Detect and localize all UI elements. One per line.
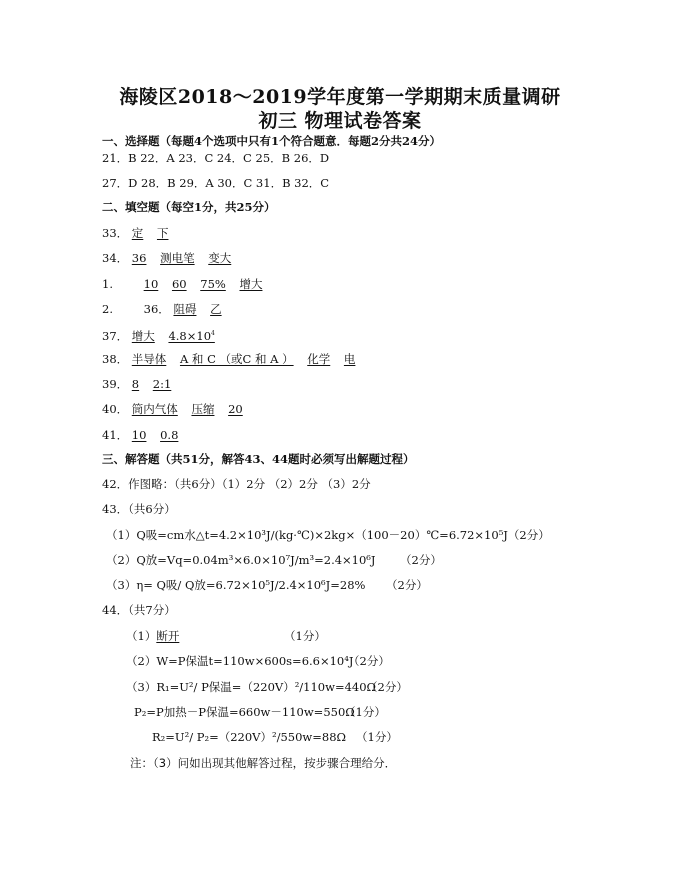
q43-part3: （3）η= Q吸/ Q放=6.72×10⁵J/2.4×10⁶J=28%: [106, 578, 365, 592]
answer: 定: [132, 226, 144, 240]
fill-item-33: 33． 定 下: [102, 226, 178, 240]
grading-note: 注：（3）问如出现其他解答过程，按步骤合理给分．: [130, 756, 396, 770]
q44-part4: P₂=P加热－P保温=660w－110w=550Ω: [134, 705, 355, 719]
item-number: 38．: [102, 352, 128, 366]
answer: 下: [157, 226, 169, 240]
fill-item-34: 34． 36 测电笔 变大: [102, 251, 241, 265]
answer: 10: [132, 428, 147, 442]
item-number: 1.: [102, 277, 140, 291]
q44-part4-score: （1分）: [344, 705, 386, 719]
title-line-1: 海陵区2018～2019学年度第一学期期末质量调研: [0, 82, 680, 109]
answer: 乙: [210, 302, 222, 316]
answer: 4.8×104: [168, 327, 214, 343]
answer: A 和 C （或C 和 A ）: [180, 352, 294, 366]
fill-item-38: 38． 半导体 A 和 C （或C 和 A ） 化学 电: [102, 352, 365, 366]
fill-item-39: 39． 8 2:1: [102, 377, 181, 391]
fill-item-41: 41． 10 0.8: [102, 428, 188, 442]
answer: 增大: [132, 329, 155, 343]
q44-part3-score: （2分）: [366, 680, 408, 694]
section3-heading: 三、解答题（共51分，解答43、44题时必须写出解题过程）: [102, 452, 415, 466]
question-42: 42．作图略：（共6分）（1）2分 （2）2分 （3）2分: [102, 477, 371, 491]
item-number: 34．: [102, 251, 128, 265]
answer: 变大: [208, 251, 231, 265]
question-43-header: 43．（共6分）: [102, 502, 176, 516]
answer: 化学: [307, 352, 330, 366]
answer: 20: [228, 402, 243, 416]
answer: 阻碍: [173, 302, 196, 316]
q44-part5-score: （1分）: [356, 730, 398, 744]
answer: 测电笔: [160, 251, 195, 265]
fill-item-40: 40． 筒内气体 压缩 20: [102, 402, 253, 416]
q44-part2-score: （2分）: [348, 654, 390, 668]
item-number: 41．: [102, 428, 128, 442]
answer: 8: [132, 377, 139, 391]
answer: 2:1: [153, 377, 172, 391]
answer: 60: [172, 277, 187, 291]
q44-part5: R₂=U²/ P₂=（220V）²/550w=88Ω: [152, 730, 346, 744]
choice-answers-row2: 27．D 28．B 29．A 30．C 31．B 32．C: [102, 176, 329, 190]
q43-part2: （2）Q放=Vq=0.04m³×6.0×10⁷J/m³=2.4×10⁶J: [106, 553, 376, 567]
item-number: 40．: [102, 402, 128, 416]
q44-part2: （2）W=P保温t=110w×600s=6.6×10⁴J: [126, 654, 353, 668]
section2-heading: 二、填空题（每空1分，共25分）: [102, 200, 276, 214]
answer: 电: [344, 352, 356, 366]
q43-part3-score: （2分）: [386, 578, 428, 592]
answer: 筒内气体: [132, 402, 178, 416]
item-number: 39．: [102, 377, 128, 391]
q43-part1: （1）Q吸=cm水△t=4.2×10³J/(kg·℃)×2kg×（100－20）…: [106, 528, 550, 542]
section1-heading: 一、选择题（每题4个选项中只有1个符合题意．每题2分共24分）: [102, 134, 441, 148]
question-44-header: 44．（共7分）: [102, 603, 176, 617]
fill-item-37: 37． 增大 4.8×104: [102, 327, 225, 343]
answer: 压缩: [191, 402, 214, 416]
answer: 75%: [200, 277, 226, 291]
choice-answers-row1: 21．B 22．A 23．C 24．C 25．B 26．D: [102, 151, 329, 165]
q44-part3: （3）R₁=U²/ P保温=（220V）²/110w=440Ω: [126, 680, 376, 694]
q44-part1: （1）断开: [126, 629, 189, 643]
item-number: 2.: [102, 302, 140, 316]
fill-item-36: 2. 36． 阻碍 乙: [102, 302, 232, 316]
item-prefix: 36．: [144, 302, 170, 316]
answer: 36: [132, 251, 147, 265]
q44-part1-score: （1分）: [284, 629, 326, 643]
item-number: 37．: [102, 329, 128, 343]
title-line-2: 初三 物理试卷答案: [0, 106, 680, 133]
fill-item-35: 1. 10 60 75% 增大: [102, 277, 272, 291]
item-number: 33．: [102, 226, 128, 240]
answer: 增大: [239, 277, 262, 291]
answer: 0.8: [160, 428, 178, 442]
q43-part2-score: （2分）: [400, 553, 442, 567]
answer: 半导体: [132, 352, 167, 366]
answer: 10: [144, 277, 159, 291]
